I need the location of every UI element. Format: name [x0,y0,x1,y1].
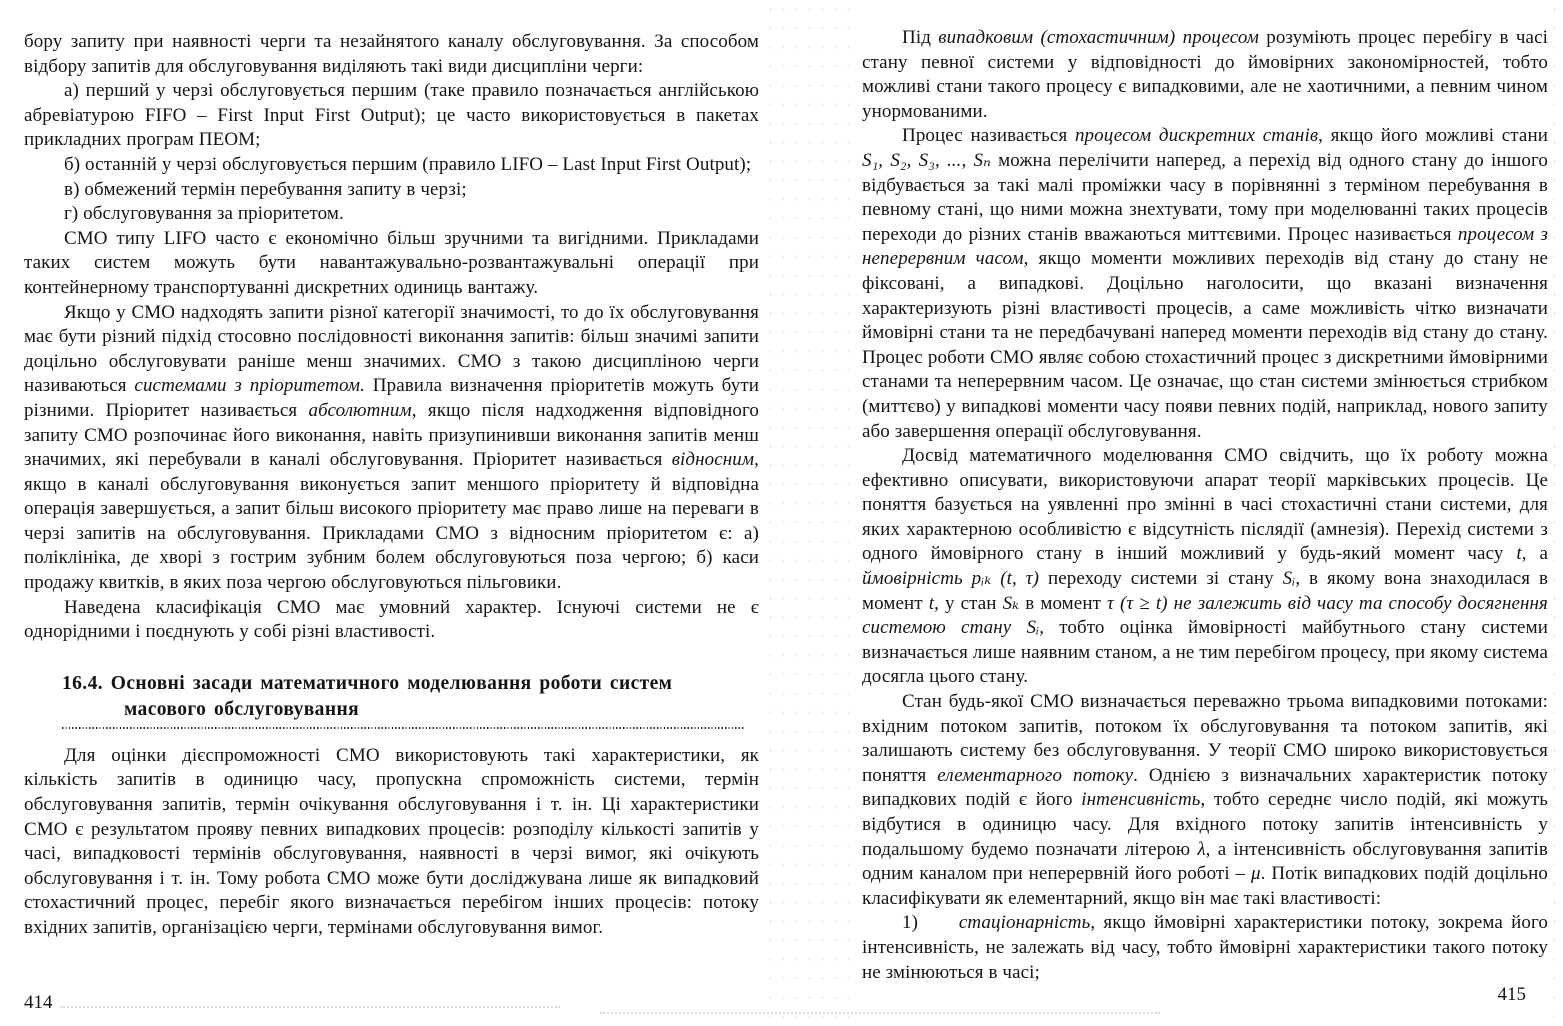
text-run: Під [902,27,938,48]
text-run: а) перший у черзі обслуговується першим … [24,80,759,150]
text-run: СМО типу LIFO часто є економічно більш з… [24,228,759,298]
list-item-g: г) обслуговування за пріоритетом. [24,202,759,227]
text-run: , якщо в каналі обслуговування виконуєть… [24,449,759,593]
list-item-a: а) перший у черзі обслуговується першим … [24,79,759,153]
math-run: μ [1251,863,1261,884]
scan-noise-gutter [764,0,852,1026]
emphasis-run: випадковим (стохастичним) процесом [938,27,1259,48]
math-run: Sᵢ [1283,568,1296,589]
numbered-item-1: 1) стаціонарність, якщо ймовірні характе… [862,911,1548,985]
text-run: б) останній у черзі обслуговується перши… [64,154,751,175]
math-run: λ [1197,839,1205,860]
text-run: Для оцінки дієспроможності СМО використо… [24,745,759,938]
list-item-v: в) обмежений термін перебування запиту в… [24,178,759,203]
paragraph: Під випадковим (стохастичним) процесом р… [862,26,1548,124]
list-item-b: б) останній у черзі обслуговується перши… [24,153,759,178]
text-run: Наведена класифікація СМО має умовний ха… [24,597,759,643]
section-heading: 16.4. Основні засади математичного модел… [24,671,759,729]
text-run: в) обмежений термін перебування запиту в… [64,179,467,200]
paragraph: Якщо у СМО надходять запити різної катег… [24,301,759,596]
section-heading-line2: масового обслуговування [24,697,759,723]
text-run: , якщо його можливі стани [1318,125,1548,146]
section-heading-line1: 16.4. Основні засади математичного модел… [24,671,759,697]
page-left: бору запиту при наявності черги та незай… [24,0,759,1026]
emphasis-run: системами з пріоритетом. [134,375,365,396]
text-run: г) обслуговування за пріоритетом. [64,203,344,224]
text-run: , а [1522,543,1548,564]
text-run: Процес називається [902,125,1075,146]
page-number-left: 414 [24,992,53,1014]
text-run: переходу системи зі стану [1039,568,1283,589]
emphasis-run: елементарного потоку [937,765,1133,786]
scan-noise-right-margin [1548,0,1563,1026]
emphasis-run: відносним [672,449,754,470]
text-run: в момент [1019,593,1107,614]
paragraph: Для оцінки дієспроможності СМО використо… [24,744,759,941]
math-run: Sₖ [1003,593,1020,614]
emphasis-run: абсолютним [309,400,412,421]
paragraph: Досвід математичного моделювання СМО сві… [862,444,1548,690]
paragraph: Стан будь-якої СМО визначається переважн… [862,690,1548,911]
heading-dotted-rule [62,726,745,729]
page-right: Під випадковим (стохастичним) процесом р… [862,0,1548,1026]
math-run: ймовірність pᵢₖ (t, τ) [862,568,1039,589]
text-run: 1) [902,912,959,933]
emphasis-run: інтенсивність [1081,789,1200,810]
emphasis-run: стаціонарність [959,912,1091,933]
text-run: Досвід математичного моделювання СМО сві… [862,445,1548,564]
text-run: , у стан [934,593,1002,614]
paragraph: Наведена класифікація СМО має умовний ха… [24,596,759,645]
paragraph: Процес називається процесом дискретних с… [862,124,1548,444]
text-run: бору запиту при наявності черги та незай… [24,31,759,77]
math-run: S₁, S₂, S₃, ..., Sₙ [862,150,991,171]
text-run: , якщо моменти можливих переходів від ст… [862,248,1548,441]
page-number-right: 415 [1498,984,1527,1006]
paragraph: бору запиту при наявності черги та незай… [24,30,759,79]
paragraph: СМО типу LIFO часто є економічно більш з… [24,227,759,301]
emphasis-run: процесом дискретних станів [1075,125,1318,146]
